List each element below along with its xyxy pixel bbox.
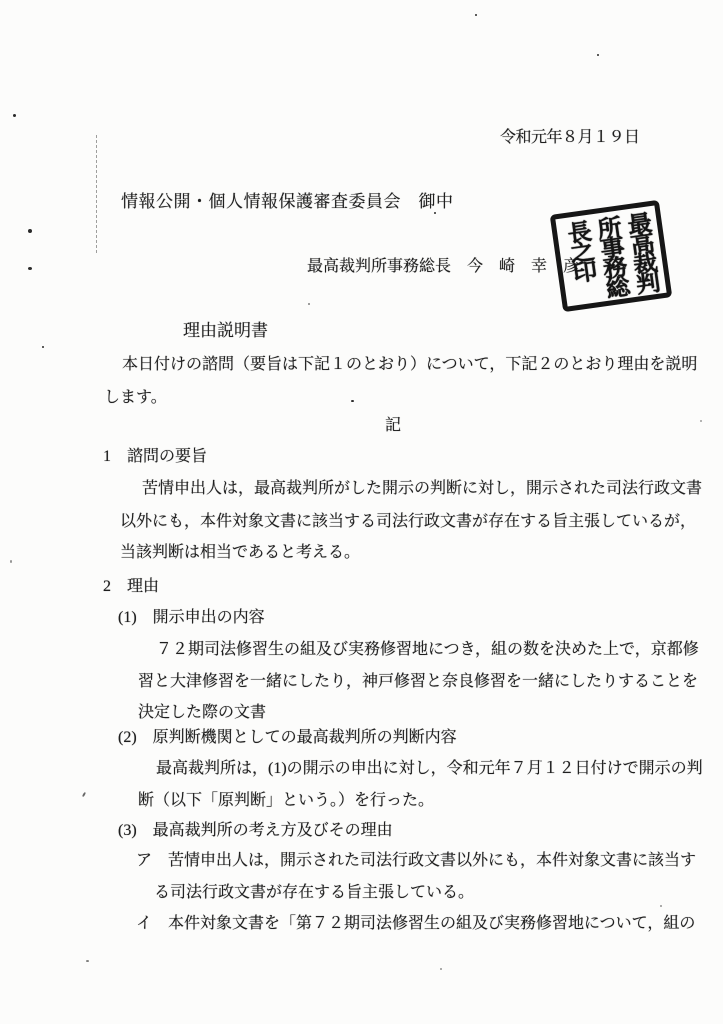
intro-line-1: 本日付けの諮問（要旨は下記１のとおり）について，下記２のとおり理由を説明 (122, 354, 697, 376)
item-3-heading: (3) 最高裁判所の考え方及びその理由 (118, 820, 393, 842)
scan-speck (28, 267, 32, 270)
section-2-heading: 2 理由 (103, 576, 159, 598)
item-2-heading: (2) 原判断機関としての最高裁判所の判断内容 (118, 727, 457, 749)
scan-speck (660, 905, 662, 907)
scan-speck (86, 960, 89, 962)
addressee-line: 情報公開・個人情報保護審査委員会 御中 (121, 191, 454, 213)
item-3-line-a2: る司法行政文書が存在する旨主張している。 (154, 882, 474, 904)
item-3-line-a1: ア 苦情申出人は，開示された司法行政文書以外にも，本件対象文書に該当す (136, 850, 696, 872)
scan-speck (28, 229, 32, 233)
intro-line-2: します。 (104, 387, 167, 409)
sender-line: 最高裁判所事務総長 今 崎 幸 彦 (307, 256, 579, 278)
item-2-line-1: 最高裁判所は，(1)の開示の申出に対し，令和元年７月１２日付けで開示の判 (156, 758, 703, 780)
scan-speck (700, 420, 702, 422)
item-1-line-3: 決定した際の文書 (138, 702, 266, 724)
item-3-line-b1: イ 本件対象文書を「第７２期司法修習生の組及び実務修習地について，組の (136, 913, 695, 935)
item-1-line-1: ７２期司法修習生の組及び実務修習地につき，組の数を決めた上で，京都修 (156, 639, 699, 661)
section-1-line-2: 以外にも，本件対象文書に該当する司法行政文書が存在する旨主張しているが， (120, 511, 696, 533)
scan-speck (42, 346, 44, 348)
date-line: 令和元年８月１９日 (500, 127, 640, 149)
scan-speck (308, 303, 310, 305)
official-seal-stamp: 最高裁判 所事務総 長之印 (550, 200, 673, 312)
scan-speck (475, 14, 477, 16)
scan-speck (597, 54, 599, 56)
scan-speck (621, 262, 623, 264)
scan-artifact-line (96, 135, 97, 253)
scan-speck (230, 650, 232, 652)
scan-speck (82, 792, 86, 797)
scan-speck (540, 760, 542, 762)
scan-speck (10, 560, 12, 563)
item-2-line-2: 断（以下「原判断」という。）を行った。 (138, 790, 434, 812)
scan-speck (13, 114, 16, 117)
section-1-line-3: 当該判断は相当であると考える。 (120, 542, 360, 564)
section-1-line-1: 苦情申出人は，最高裁判所がした開示の判断に対し，開示された司法行政文書 (142, 478, 702, 500)
scan-speck (351, 400, 354, 402)
scan-speck (440, 968, 442, 970)
scan-speck (434, 212, 436, 214)
document-title: 理由説明書 (183, 320, 268, 342)
item-1-heading: (1) 開示申出の内容 (118, 607, 265, 629)
document-page: 令和元年８月１９日 情報公開・個人情報保護審査委員会 御中 最高裁判所事務総長 … (0, 0, 723, 1024)
section-1-heading: 1 諮問の要旨 (103, 446, 207, 468)
seal-text: 最高裁判 所事務総 長之印 (560, 210, 662, 302)
item-1-line-2: 習と大津修習を一緒にしたり，神戸修習と奈良修習を一緒にしたりすることを (138, 671, 698, 693)
ki-marker: 記 (385, 415, 401, 437)
